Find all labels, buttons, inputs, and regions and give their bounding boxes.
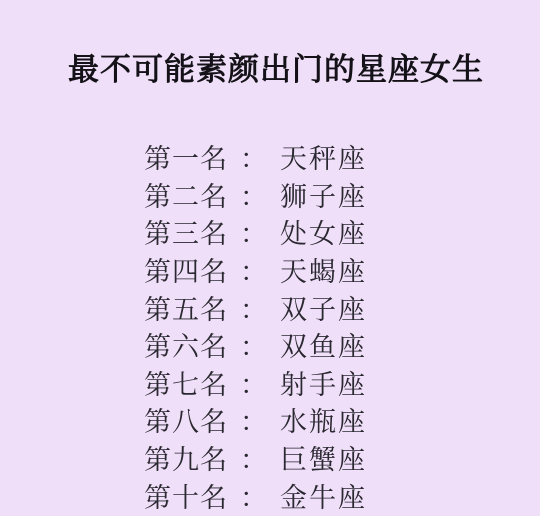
zodiac-sign: 天秤座 [280, 137, 367, 176]
rank-label: 第一名 [144, 137, 240, 176]
separator: ： [240, 212, 280, 251]
zodiac-sign: 射手座 [280, 363, 367, 402]
rank-label: 第六名 [144, 325, 240, 364]
zodiac-sign: 双子座 [280, 288, 367, 327]
separator: ： [240, 325, 280, 364]
ranking-row: 第二名 ： 狮子座 [144, 176, 367, 214]
rank-label: 第三名 [144, 212, 240, 251]
ranking-row: 第四名 ： 天蝎座 [144, 251, 367, 289]
separator: ： [240, 250, 280, 289]
rank-label: 第十名 [144, 476, 240, 515]
ranking-row: 第一名 ： 天秤座 [144, 138, 367, 176]
zodiac-sign: 巨蟹座 [280, 438, 367, 477]
zodiac-sign: 天蝎座 [280, 250, 367, 289]
zodiac-sign: 狮子座 [280, 175, 367, 214]
ranking-row: 第八名 ： 水瓶座 [144, 401, 367, 439]
ranking-row: 第三名 ： 处女座 [144, 213, 367, 251]
rank-label: 第四名 [144, 250, 240, 289]
zodiac-sign: 处女座 [280, 212, 367, 251]
ranking-row: 第五名 ： 双子座 [144, 288, 367, 326]
zodiac-sign: 水瓶座 [280, 400, 367, 439]
zodiac-sign: 金牛座 [280, 476, 367, 515]
ranking-row: 第六名 ： 双鱼座 [144, 326, 367, 364]
rank-label: 第八名 [144, 400, 240, 439]
separator: ： [240, 476, 280, 515]
zodiac-sign: 双鱼座 [280, 325, 367, 364]
separator: ： [240, 400, 280, 439]
rank-label: 第二名 [144, 175, 240, 214]
separator: ： [240, 363, 280, 402]
ranking-list: 第一名 ： 天秤座 第二名 ： 狮子座 第三名 ： 处女座 第四名 ： 天蝎座 … [144, 138, 367, 514]
ranking-row: 第九名 ： 巨蟹座 [144, 439, 367, 477]
rank-label: 第七名 [144, 363, 240, 402]
ranking-row: 第十名 ： 金牛座 [144, 476, 367, 514]
ranking-row: 第七名 ： 射手座 [144, 364, 367, 402]
rank-label: 第五名 [144, 288, 240, 327]
page-title: 最不可能素颜出门的星座女生 [68, 50, 528, 90]
separator: ： [240, 288, 280, 327]
separator: ： [240, 175, 280, 214]
rank-label: 第九名 [144, 438, 240, 477]
separator: ： [240, 438, 280, 477]
separator: ： [240, 137, 280, 176]
